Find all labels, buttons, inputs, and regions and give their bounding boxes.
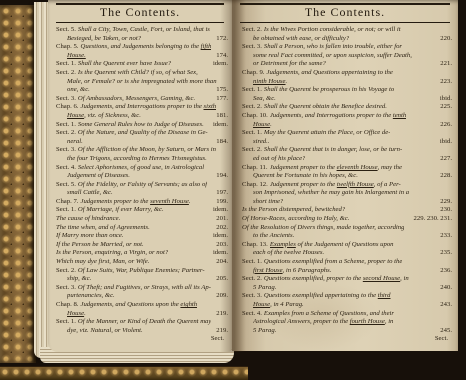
book-cover-tooled-edge-left [0, 5, 36, 363]
entry-label: Chap. 8. [56, 301, 78, 310]
entry-text: Questions exemplified from a Scheme, pro… [264, 258, 402, 267]
entry-text: House. [67, 52, 86, 61]
entry-label: Sect. 1. [56, 60, 76, 69]
entry-text: Is the Person distempered, bewitched? [242, 206, 345, 215]
entry-text: Of the Fidelity, or Falsity of Servants;… [78, 181, 207, 190]
entry-page-number: 223. [436, 78, 452, 87]
entry-text: Sea, &c. [253, 95, 276, 104]
contents-line: Chap. 5.Questions, and Judgements belong… [56, 43, 228, 52]
entry-page-number: 220. [436, 35, 452, 44]
entry-text: Besieged, be Taken, or not? [67, 35, 141, 44]
entry-text: Of Ambassadors, Messengers, Gaming, &c. [78, 95, 195, 104]
contents-line: Besieged, be Taken, or not?172. [56, 35, 228, 44]
entry-text: Querent be Fortunate in his hopes, &c. [253, 172, 358, 181]
entry-text: Which may dye first, Man, or Wife. [56, 258, 149, 267]
contents-line: Which may dye first, Man, or Wife.204. [56, 258, 228, 267]
contents-line: ship, &c.205. [56, 275, 228, 284]
contents-line: Sect. 3.Of Theft; and Fugitives, or Stra… [56, 284, 228, 293]
entry-label: Sect. 2. [56, 69, 76, 78]
entry-page-number: idem. [209, 121, 228, 130]
entry-text: House, viz. of Sickness, &c. [67, 112, 141, 121]
contents-line: dye, viz. Natural, or Violent.219. [56, 327, 228, 336]
contents-line: Chap. 7.Judgements proper to the seventh… [56, 198, 228, 207]
entry-page-number: 202. [212, 224, 228, 233]
contents-line: small Cattle, &c.197. [56, 189, 228, 198]
contents-line: 5 Parag.245. [242, 327, 452, 336]
contents-line: Chap. 6.Judgements, and Interrogations p… [56, 103, 228, 112]
contents-line: Sea, &c.ibid. [242, 95, 452, 104]
entry-text: House. [67, 310, 86, 319]
contents-line: Sect. 3.Shall a Person, who is fallen in… [242, 43, 452, 52]
entry-label: Sect. 2. [56, 129, 76, 138]
entry-text: If Marry more than once. [56, 232, 124, 241]
contents-line: Astrological Answers, proper to the four… [242, 318, 452, 327]
contents-line: some real Fact committed, or upon suspic… [242, 52, 452, 61]
contents-line: Sect. 4.Select Aphorismes, of good use, … [56, 164, 228, 173]
entry-text: be obtained with ease, or difficulty? [253, 35, 349, 44]
contents-line: Sect. 5.Of the Fidelity, or Falsity of S… [56, 181, 228, 190]
entry-text: to the Ancients. [253, 232, 294, 241]
entry-page-number: 177. [212, 95, 228, 104]
contents-line: Sect. 3.Of the Affliction of the Moon, b… [56, 146, 228, 155]
entry-page-number: 197. [212, 189, 228, 198]
entry-page-number: 172. [212, 35, 228, 44]
catchword: Sect. [56, 335, 228, 344]
entry-page-number: 230. [436, 206, 452, 215]
contents-line: Sect. 1.Shall the Querent be prosperous … [242, 86, 452, 95]
entry-page-number: 221. [436, 60, 452, 69]
entry-page-number: 226. [436, 121, 452, 130]
contents-line: Sect. 2.Is the Querent with Child? if so… [56, 69, 228, 78]
contents-line: Sect. 2.Of the Nature, and Quality of th… [56, 129, 228, 138]
entry-page-number: 174. [212, 52, 228, 61]
entry-text: House. [253, 121, 272, 130]
entry-text: ninth House. [253, 78, 287, 87]
entry-text: Select Aphorismes, of good use, in Astro… [78, 164, 204, 173]
book-cover-tooled-edge-bottom [0, 366, 248, 380]
contents-line: Sect. 2.Shall the Querent that is in dan… [242, 146, 452, 155]
entry-label: Chap. 13. [242, 241, 268, 250]
entry-text: Shall the Querent that is in danger, los… [264, 146, 402, 155]
entry-page-number: ibid. [436, 95, 452, 104]
entry-text: Is the Querent with Child? if so, of wha… [78, 69, 198, 78]
catchword: Sect. [242, 335, 452, 344]
entry-page-number: 233. [436, 232, 452, 241]
entry-text: neral. [67, 138, 83, 147]
contents-line: ed out of his place?227. [242, 155, 452, 164]
entry-text: House, in 4 Parag. [253, 301, 304, 310]
entry-text: dye, viz. Natural, or Violent. [67, 327, 143, 336]
entry-text: one, &c. [67, 86, 90, 95]
entry-label: Sect. 3. [242, 43, 262, 52]
contents-line: first House, in 6 Paragraphs.236. [242, 267, 452, 276]
entry-text: Judgements, and Questions upon the eight… [80, 301, 197, 310]
contents-line: If the Person be Married, or not.203. [56, 241, 228, 250]
entry-text: Is the Wives Portion considerable, or no… [264, 26, 401, 35]
entry-text: Judgements proper to the seventh House. [80, 198, 190, 207]
contents-line: each of the twelve Houses.235. [242, 249, 452, 258]
entry-text: Judgement of Diseases. [67, 172, 130, 181]
contents-line: short time?229. [242, 198, 452, 207]
contents-line: one, &c.175. [56, 86, 228, 95]
entry-text: Of Law Suits, War, Publique Enemies; Par… [78, 267, 205, 276]
entry-text: 5 Parag. [253, 284, 276, 293]
contents-line: Sect. 1.Shall the Querent ever have Issu… [56, 60, 228, 69]
entry-label: Chap. 6. [56, 103, 78, 112]
entry-page-number: idem. [209, 249, 228, 258]
contents-line: Sect. 1.May the Querent attain the Place… [242, 129, 452, 138]
entry-text: Shall the Querent ever have Issue? [78, 60, 171, 69]
entry-text: Of the Nature, and Quality of the Diseas… [78, 129, 208, 138]
contents-line: The cause of hindrance.201. [56, 215, 228, 224]
contents-line: to the Ancients.233. [242, 232, 452, 241]
entry-text: Some General Rules how to Judge of Disea… [78, 121, 204, 130]
contents-line: House, in 4 Parag.243. [242, 301, 452, 310]
contents-line: Sect. 5.Shall a City, Town, Castle, Fort… [56, 26, 228, 35]
contents-line: Sect. 1.Of the Manner, or Kind of Death … [56, 318, 228, 327]
entry-text: The cause of hindrance. [56, 215, 120, 224]
entry-text: If the Person be Married, or not. [56, 241, 144, 250]
contents-line: Chap. 8.Judgements, and Questions upon t… [56, 301, 228, 310]
contents-line: Is the Person, enquiring, a Virgin, or n… [56, 249, 228, 258]
entry-text: Examples from a Scheme of Questions, and… [264, 310, 394, 319]
contents-line: Sect. 2.Is the Wives Portion considerabl… [242, 26, 452, 35]
entry-page-number: 225. [436, 103, 452, 112]
entry-label: Sect. 1. [56, 206, 76, 215]
contents-line: House, viz. of Sickness, &c.181. [56, 112, 228, 121]
entry-text: Of the Manner, or Kind of Death the Quer… [78, 318, 211, 327]
entry-label: Sect. 2. [242, 146, 262, 155]
entry-page-number: 181. [212, 112, 228, 121]
entry-page-number: 236. [436, 267, 452, 276]
entry-label: Sect. 1. [242, 129, 262, 138]
entry-page-number: 201. [212, 215, 228, 224]
entry-text: Judgements, and Interrogations proper to… [80, 103, 216, 112]
contents-line: If Marry more than once.idem. [56, 232, 228, 241]
entry-page-number: 245. [436, 327, 452, 336]
contents-line: Sect. 2.Of Law Suits, War, Publique Enem… [56, 267, 228, 276]
entry-text: Judgement proper to the twelfth House, o… [270, 181, 401, 190]
entry-text: Of the Resolution of Divers things, made… [242, 224, 404, 233]
entry-text: Examples of the Judgement of Questions u… [270, 241, 394, 250]
contents-line: ninth House.223. [242, 78, 452, 87]
contents-line: Sect. 1.Of Marriage, if ever Marry, &c.i… [56, 206, 228, 215]
entry-text: 5 Parag. [253, 327, 276, 336]
entry-text: Shall a City, Town, Castle, Fort, or Isl… [78, 26, 210, 35]
entry-page-number: 203. [212, 241, 228, 250]
contents-line: Of Horse-Races, according to Haly, &c.22… [242, 215, 452, 224]
entry-text: the four Trigons, according to Hermes Tr… [67, 155, 207, 164]
contents-line: neral.184. [56, 138, 228, 147]
entry-text: Questions exemplified, proper to the sec… [264, 275, 409, 284]
entry-text: Judgements, and Questions appertaining t… [266, 69, 392, 78]
entry-label: Sect. 1. [242, 86, 262, 95]
contents-line: Chap. 13.Examples of the Judgement of Qu… [242, 241, 452, 250]
entry-label: Sect. 2. [56, 267, 76, 276]
entry-page-number: idem. [209, 60, 228, 69]
entry-label: Sect. 3. [56, 284, 76, 293]
contents-line: Male, or Female? or is she impregnated w… [56, 78, 228, 87]
open-book-photo: The Contents. Sect. 5.Shall a City, Town… [0, 0, 466, 380]
entry-page-number: 228. [436, 172, 452, 181]
entry-page-number: idem. [209, 206, 228, 215]
entry-label: Sect. 4. [242, 310, 262, 319]
entry-text: Of Theft; and Fugitives, or Strays, with… [78, 284, 211, 293]
entry-text: sired.. [253, 138, 269, 147]
contents-line: or Detriment for the same?221. [242, 60, 452, 69]
entry-label: Sect. 1. [56, 121, 76, 130]
entry-page-number: 204. [212, 258, 228, 267]
contents-line: House.226. [242, 121, 452, 130]
entry-text: small Cattle, &c. [67, 189, 113, 198]
entry-page-number: 194. [212, 172, 228, 181]
entry-page-number: 243. [436, 301, 452, 310]
entry-page-number: idem. [209, 232, 228, 241]
entry-label: Sect. 3. [56, 95, 76, 104]
entry-page-number: 205. [212, 275, 228, 284]
contents-line: House.219. [56, 310, 228, 319]
contents-line: 5 Parag.240. [242, 284, 452, 293]
left-contents-list: Sect. 5.Shall a City, Town, Castle, Fort… [48, 23, 232, 344]
contents-line: Sect. 4.Examples from a Scheme of Questi… [242, 310, 452, 319]
contents-line: Chap. 10.Judgements, and Interrogations … [242, 112, 452, 121]
left-page: The Contents. Sect. 5.Shall a City, Town… [48, 0, 232, 352]
contents-line: Judgement of Diseases.194. [56, 172, 228, 181]
entry-page-number: 229. 230. 231. [410, 215, 452, 224]
entry-label: Chap. 10. [242, 112, 268, 121]
entry-text: Judgement proper to the eleventh House, … [270, 164, 402, 173]
contents-line: Chap. 12.Judgement proper to the twelfth… [242, 181, 452, 190]
contents-line: The time when, and of Agreements.202. [56, 224, 228, 233]
entry-page-number: 229. [436, 198, 452, 207]
entry-label: Sect. 3. [56, 146, 76, 155]
entry-label: Chap. 11. [242, 164, 268, 173]
entry-text: each of the twelve Houses. [253, 249, 324, 258]
contents-line: Sect. 1.Some General Rules how to Judge … [56, 121, 228, 130]
entry-text: Questions exemplified appertaining to th… [264, 292, 391, 301]
entry-text: ship, &c. [67, 275, 91, 284]
entry-text: Shall the Querent be prosperous in his V… [264, 86, 394, 95]
entry-label: Sect. 1. [56, 318, 76, 327]
right-page-header: The Contents. [240, 3, 450, 23]
left-page-header: The Contents. [56, 3, 224, 23]
entry-page-number: 199. [212, 198, 228, 207]
contents-line: Sect. 3.Of Ambassadors, Messengers, Gami… [56, 95, 228, 104]
contents-line: sired..ibid. [242, 138, 452, 147]
entry-text: first House, in 6 Paragraphs. [253, 267, 331, 276]
entry-text: Judgements, and Interrogations proper to… [270, 112, 406, 121]
entry-label: Sect. 2. [242, 275, 262, 284]
contents-line: Chap. 11.Judgement proper to the elevent… [242, 164, 452, 173]
entry-label: Sect. 2. [242, 103, 262, 112]
entry-page-number: 209. [212, 292, 228, 301]
contents-line: purtenancies, &c.209. [56, 292, 228, 301]
entry-page-number: 227. [436, 155, 452, 164]
contents-line: Sect. 2.Shall the Querent obtain the Ben… [242, 103, 452, 112]
right-contents-list: Sect. 2.Is the Wives Portion considerabl… [232, 23, 458, 344]
entry-text: or Detriment for the same? [253, 60, 326, 69]
contents-line: Sect. 1.Questions exemplified from a Sch… [242, 258, 452, 267]
contents-line: Querent be Fortunate in his hopes, &c.22… [242, 172, 452, 181]
entry-label: Sect. 2. [242, 26, 262, 35]
entry-label: Sect. 3. [242, 292, 262, 301]
entry-label: Chap. 12. [242, 181, 268, 190]
contents-line: House.174. [56, 52, 228, 61]
entry-page-number: 175. [212, 86, 228, 95]
entry-text: Shall the Querent obtain the Benefice de… [264, 103, 387, 112]
entry-label: Sect. 4. [56, 164, 76, 173]
entry-page-number: 240. [436, 284, 452, 293]
entry-page-number: ibid. [436, 138, 452, 147]
contents-line: be obtained with ease, or difficulty?220… [242, 35, 452, 44]
entry-text: Is the Person, enquiring, a Virgin, or n… [56, 249, 168, 258]
entry-page-number: 184. [212, 138, 228, 147]
entry-label: Chap. 5. [56, 43, 78, 52]
entry-text: May the Querent attain the Place, or Off… [264, 129, 391, 138]
entry-label: Sect. 5. [56, 26, 76, 35]
right-page: The Contents. Sect. 2.Is the Wives Porti… [232, 0, 458, 351]
entry-text: Of Marriage, if ever Marry, &c. [78, 206, 164, 215]
entry-page-number: 219. [212, 327, 228, 336]
contents-line: Chap. 9.Judgements, and Questions appert… [242, 69, 452, 78]
entry-text: purtenancies, &c. [67, 292, 115, 301]
entry-text: ed out of his place? [253, 155, 305, 164]
contents-line: Is the Person distempered, bewitched?230… [242, 206, 452, 215]
entry-text: Shall a Person, who is fallen into troub… [264, 43, 402, 52]
entry-text: Astrological Answers, proper to the four… [253, 318, 393, 327]
entry-label: Sect. 1. [242, 258, 262, 267]
entry-page-number: 235. [436, 249, 452, 258]
entry-text: Of the Affliction of the Moon, by Saturn… [78, 146, 216, 155]
entry-text: short time? [253, 198, 283, 207]
entry-label: Chap. 9. [242, 69, 264, 78]
contents-line: Sect. 2.Questions exemplified, proper to… [242, 275, 452, 284]
entry-label: Sect. 5. [56, 181, 76, 190]
contents-line: Sect. 3.Questions exemplified appertaini… [242, 292, 452, 301]
contents-line: Of the Resolution of Divers things, made… [242, 224, 452, 233]
entry-label: Chap. 7. [56, 198, 78, 207]
entry-text: Male, or Female? or is she impregnated w… [67, 78, 217, 87]
entry-text: Of Horse-Races, according to Haly, &c. [242, 215, 349, 224]
contents-line: son Imprisoned, whether he may gain his … [242, 189, 452, 198]
entry-text: The time when, and of Agreements. [56, 224, 150, 233]
contents-line: the four Trigons, according to Hermes Tr… [56, 155, 228, 164]
entry-text: some real Fact committed, or upon suspic… [253, 52, 412, 61]
entry-text: son Imprisoned, whether he may gain his … [253, 189, 409, 198]
entry-page-number: 219. [212, 310, 228, 319]
entry-text: Questions, and Judgements belonging to t… [80, 43, 211, 52]
